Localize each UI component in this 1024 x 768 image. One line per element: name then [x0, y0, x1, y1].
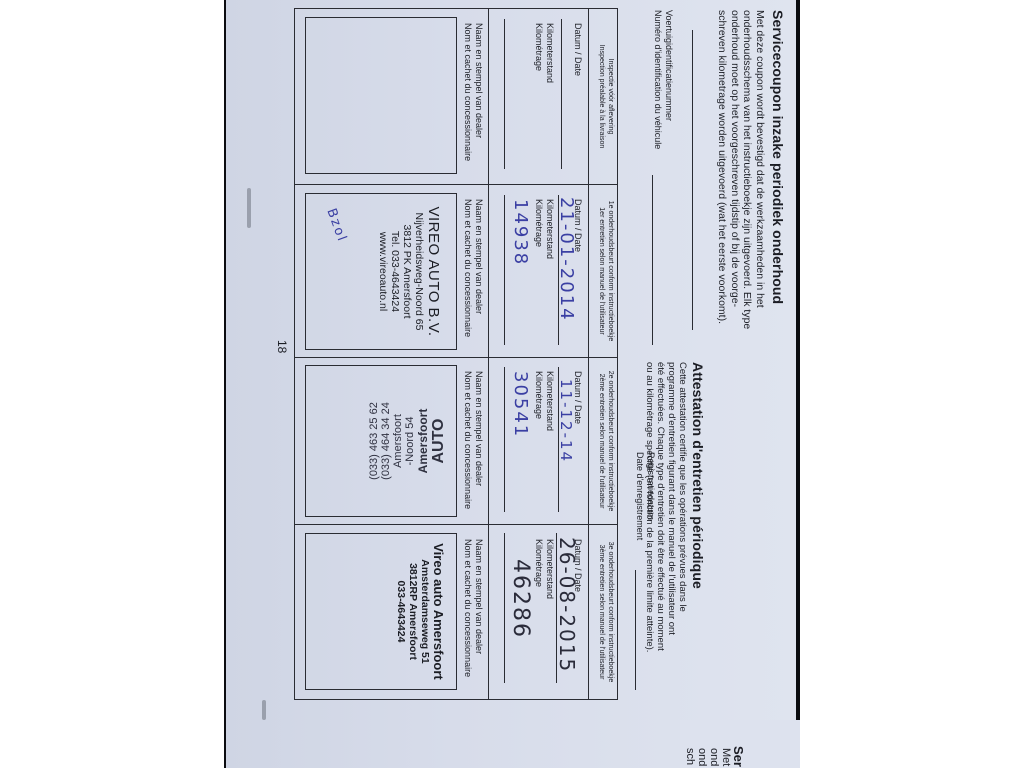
registration-field: Registratiedatum Date d'enregistrement — [635, 452, 656, 540]
next-page-text: ond — [696, 748, 708, 766]
col0-km-line — [504, 19, 505, 169]
next-page-text: Met — [720, 748, 732, 766]
dealer-label-nl: Naam en stempel van dealer — [474, 371, 485, 509]
col1-header-fr: 1er entretien selon manuel de l'utilisat… — [597, 185, 606, 357]
stamp-line: (033) 464 34 24 — [380, 366, 392, 516]
nl-intro-line: onderhoudsschema van het instructieboekj… — [741, 10, 754, 329]
nl-intro-line: onderhoud moet op het voorgeschreven tij… — [729, 10, 742, 329]
col-divider — [295, 357, 617, 358]
dealer-label-nl: Naam en stempel van dealer — [474, 539, 485, 677]
fr-title: Attestation d'entretien périodique — [690, 362, 706, 589]
col1-km-field: Kilometerstand Kilométrage — [534, 199, 555, 259]
col2-km-line — [504, 367, 505, 512]
col1-dealer-field: Naam en stempel van dealer Nom et cachet… — [463, 199, 484, 337]
km-label-nl: Kilometerstand — [545, 371, 556, 431]
col3-km-value: 46286 — [508, 559, 533, 639]
stamp-company-name: VIREO AUTO B.V. — [425, 194, 442, 349]
stamp-company-name: AUTO — [430, 366, 448, 516]
vehicle-id-line — [652, 175, 653, 345]
registration-line — [635, 570, 636, 690]
top-rule — [692, 30, 693, 330]
header-divider — [588, 9, 589, 699]
col3-header-nl: 3e onderhoudsbeurt conform instructieboe… — [606, 525, 615, 699]
col1-km-line — [504, 195, 505, 345]
col-divider — [295, 524, 617, 525]
dealer-label-fr: Nom et cachet du concessionnaire — [463, 23, 474, 161]
col1-km-value: 14938 — [510, 199, 531, 266]
stamp-line: Amersfoort — [416, 366, 430, 516]
stamp-line: 033-4643424 — [395, 534, 407, 689]
km-label-nl: Kilometerstand — [545, 539, 556, 599]
col0-header-fr: Inspection préalable à la livraison — [597, 9, 606, 184]
vehicle-id-label-nl: Voertuigidentificatienummer — [664, 10, 675, 149]
km-label-fr: Kilométrage — [534, 23, 545, 83]
registration-label-fr: Date d'enregistrement — [635, 452, 646, 540]
stamp-line: Amersfoort — [392, 366, 404, 516]
service-table: Inspectie vóór aflevering Inspection pré… — [294, 8, 618, 700]
stamp-line: Tel. 033-4643424 — [389, 194, 401, 349]
col1-dealer-stamp: VIREO AUTO B.V. Nijverheidsweg-Noord 65 … — [377, 194, 442, 349]
km-label-nl: Kilometerstand — [545, 23, 556, 83]
col1-header: 1e onderhoudsbeurt conform instructieboe… — [597, 185, 614, 357]
next-page-text: ond — [708, 748, 720, 766]
stamp-line: 3812 PK Amersfoort — [401, 194, 413, 349]
col0-stamp-box — [305, 17, 457, 174]
col3-km-line — [504, 533, 505, 683]
stamp-line: www.vireoauto.nl — [377, 194, 389, 349]
vehicle-id-field: Voertuigidentificatienummer Numéro d'ide… — [653, 10, 674, 149]
col3-stamp-box: Vireo auto Amersfoort Amsterdamseweg 51 … — [305, 533, 457, 690]
col2-dealer-stamp-upside-down: (033) 463 25 62 (033) 464 34 24 Amersfoo… — [368, 366, 448, 516]
booklet-page: Servicecoupon inzake periodiek onderhoud… — [226, 0, 796, 768]
dealer-label-nl: Naam en stempel van dealer — [474, 199, 485, 337]
col2-header-nl: 2e onderhoudsbeurt conform instructieboe… — [606, 358, 615, 524]
km-label-fr: Kilométrage — [534, 539, 545, 599]
next-page-text: Ser — [731, 746, 746, 767]
stamp-line: Nijverheidsweg-Noord 65 — [413, 194, 425, 349]
fr-intro-line: Cette attestation certifie que les opéra… — [677, 362, 688, 652]
stamp-company-name: Vireo auto Amersfoort — [431, 534, 446, 689]
km-label-fr: Kilométrage — [534, 199, 545, 259]
col2-header: 2e onderhoudsbeurt conform instructieboe… — [597, 358, 614, 524]
km-label-nl: Kilometerstand — [545, 199, 556, 259]
col0-header-nl: Inspectie vóór aflevering — [606, 9, 615, 184]
col0-date-line — [561, 19, 562, 169]
dealer-label-fr: Nom et cachet du concessionnaire — [463, 371, 474, 509]
col2-dealer-field: Naam en stempel van dealer Nom et cachet… — [463, 371, 484, 509]
col3-header: 3e onderhoudsbeurt conform instructieboe… — [597, 525, 614, 699]
vehicle-id-label-fr: Numéro d'identification du véhicule — [653, 10, 664, 149]
col1-stamp-box: VIREO AUTO B.V. Nijverheidsweg-Noord 65 … — [305, 193, 457, 350]
dealer-label-fr: Nom et cachet du concessionnaire — [463, 199, 474, 337]
next-page-text: sch — [684, 748, 696, 765]
col1-date-value: 21-01-2014 — [556, 197, 577, 322]
nl-intro-line: Met deze coupon wordt bevestigd dat de w… — [754, 10, 767, 329]
col2-km-field: Kilometerstand Kilométrage — [534, 371, 555, 431]
registration-label-nl: Registratiedatum — [646, 452, 657, 540]
nl-intro-line: schreven kilometrage worden uitgevoerd (… — [716, 10, 729, 329]
col2-date-line — [558, 367, 559, 512]
nl-title: Servicecoupon inzake periodiek onderhoud — [770, 10, 786, 304]
dealer-label-fr: Nom et cachet du concessionnaire — [463, 539, 474, 677]
staple — [247, 188, 251, 228]
dealer-row-divider — [488, 9, 489, 699]
staple — [262, 700, 266, 720]
col3-km-field: Kilometerstand Kilométrage — [534, 539, 555, 599]
nl-intro: Met deze coupon wordt bevestigd dat de w… — [716, 10, 766, 329]
page-number: 18 — [275, 340, 289, 353]
dealer-label-nl: Naam en stempel van dealer — [474, 23, 485, 161]
fr-intro-line: été effectuées. Chaque type d'entretien … — [655, 362, 666, 652]
col2-date-value: 11-12-14 — [557, 379, 575, 463]
stamp-line: (033) 463 25 62 — [368, 366, 380, 516]
col-divider — [295, 184, 617, 185]
col3-dealer-stamp: Vireo auto Amersfoort Amsterdamseweg 51 … — [395, 534, 446, 689]
col2-km-value: 30541 — [510, 371, 531, 438]
col2-stamp-box: (033) 463 25 62 (033) 464 34 24 Amersfoo… — [305, 365, 457, 517]
col0-date-label: Datum / Date — [573, 23, 584, 76]
col0-km-field: Kilometerstand Kilométrage — [534, 23, 555, 83]
next-page-peek: Ser Met ond ond sch — [680, 720, 800, 768]
col3-date-line — [556, 533, 557, 683]
km-label-fr: Kilométrage — [534, 371, 545, 431]
col0-header: Inspectie vóór aflevering Inspection pré… — [597, 9, 614, 184]
col0-dealer-field: Naam en stempel van dealer Nom et cachet… — [463, 23, 484, 161]
stamp-line: Amsterdamseweg 51 — [419, 534, 431, 689]
col2-header-fr: 2ème entretien selon manuel de l'utilisa… — [597, 358, 606, 524]
stamp-line: 3812RP Amersfoort — [407, 534, 419, 689]
col3-dealer-field: Naam en stempel van dealer Nom et cachet… — [463, 539, 484, 677]
col3-header-fr: 3ème entretien selon manuel de l'utilisa… — [597, 525, 606, 699]
col3-date-value: 26-08-2015 — [555, 537, 579, 673]
fr-intro-line: programme d'entretien figurant dans le m… — [666, 362, 677, 652]
signature: Bzol — [323, 206, 349, 244]
col1-date-line — [558, 195, 559, 345]
col1-header-nl: 1e onderhoudsbeurt conform instructieboe… — [606, 185, 615, 357]
stamp-line: -Noord 54 — [404, 366, 416, 516]
